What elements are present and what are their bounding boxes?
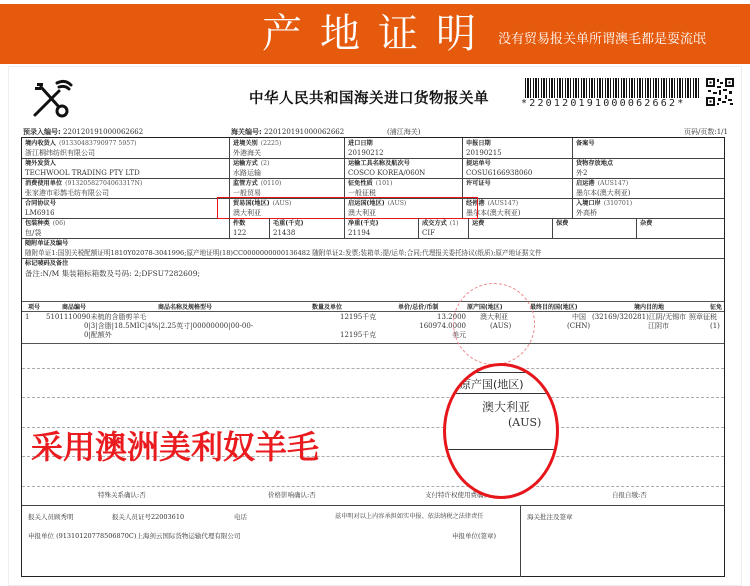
quantity-2: 12195千克 [340, 330, 376, 340]
consumer-cell: 消费使用单位(91320582704063317N)张家港市彩鹊毛纺有限公司 [22, 178, 229, 198]
remarks-label: 标记唛码及备注 [25, 259, 721, 268]
magnifier-circle: 原产国(地区) 澳大利亚 (AUS) [443, 363, 559, 499]
dest-country-code: (CHN) [567, 321, 590, 331]
form-row: 境外发货人TECHWOOL TRADING PTY LTD 运输方式(2)水路运… [22, 158, 724, 179]
col-header: 商品编号 [62, 302, 86, 311]
transport-mode-cell: 运输方式(2)水路运输 [229, 158, 344, 178]
remarks-row: 标记唛码及备注备注:N/M 集装箱标箱数及号码: 2;DFSU7282609; [22, 258, 724, 302]
footer-row: 报关人员顾秀明 报关人员证号22003610 电话 兹申明对以上内容承担如实申报… [22, 505, 724, 577]
barcode [525, 78, 701, 98]
goods-spec-2: 0|配额外 [84, 330, 112, 340]
freight-cell: 运费 [468, 218, 552, 238]
col-header: 征免 [710, 302, 722, 311]
customs-emblem-icon [29, 77, 77, 119]
statement: 兹申明对以上内容承担如实申报、依法纳税之法律责任 [335, 512, 484, 522]
entry-port-cell: 进境关别(2225)外港海关 [229, 138, 344, 158]
import-date-cell: 进口日期20190212 [344, 138, 462, 158]
banner-title: 产地证明 [262, 8, 494, 60]
attachments-value: 随附单证1:国别关税配额证明1810Y02078-3041996;原产地证明(1… [25, 248, 721, 258]
supervision-cell: 监管方式(0110)一般贸易 [229, 178, 344, 198]
col-header: 最终目的国(地区) [530, 302, 578, 311]
levy-code: (1) [710, 321, 720, 331]
divider [22, 368, 724, 369]
customs-note-cell: 海关批注及签章 [520, 505, 724, 577]
entry-gate-cell: 入境口岸(310701)外高桥 [572, 198, 724, 218]
customs-note: 海关批注及签章 [527, 512, 573, 522]
bill-no-cell: 提运单号COSU6166938060 [462, 158, 572, 178]
insurance-cell: 保费 [552, 218, 636, 238]
misc-cell: 杂费 [636, 218, 724, 238]
qr-code-icon [706, 78, 734, 106]
highlight-dashed-circle [453, 283, 535, 365]
price-impact: 价格影响确认:否 [268, 490, 316, 500]
highlight-box-countries [217, 197, 478, 219]
col-header: 项号 [28, 302, 40, 311]
form-row: 消费使用单位(91320582704063317N)张家港市彩鹊毛纺有限公司 监… [22, 178, 724, 199]
declare-seal: 申报单位(签章) [452, 531, 496, 541]
form-row: 境内收货人(91330483790977 5957)浙江桐纬纺织有限公司 进境关… [22, 138, 724, 159]
self-declare: 自报自缴:否 [612, 490, 647, 500]
customs-declaration-document: 中华人民共和国海关进口货物报关单 *220120191000062662* 预录… [8, 66, 742, 586]
phone-label: 电话 [234, 512, 247, 522]
customs-office: (浦江海关) [387, 127, 420, 137]
document-title: 中华人民共和国海关进口货物报关单 [249, 87, 489, 108]
pre-entry-number: 预录入编号: 220120191000062662 [23, 127, 143, 137]
col-header: 数量及单位 [312, 302, 342, 311]
magnifier-label: 原产国(地区) [460, 376, 524, 392]
consignee-cell: 境内收货人(91330483790977 5957)浙江桐纬纺织有限公司 [22, 138, 229, 158]
customs-number: 海关编号: 220120191000062662 [231, 127, 344, 137]
pieces-cell: 件数122 [229, 218, 269, 238]
dest-domestic-2: 江阴市 [648, 321, 669, 331]
license-cell: 许可证号 [462, 178, 572, 198]
storage-cell: 货物存放地点外2 [572, 158, 724, 178]
col-header: 境内目的地 [634, 302, 664, 311]
quantity: 12195千克 [340, 312, 376, 322]
declarant: 报关人员顾秀明 [28, 512, 74, 522]
transit-port-cell: 经停港(AUS147)墨尔本(澳大利亚) [462, 198, 572, 218]
form-row: 包装种类(06)包/袋 件数122 毛重(千克)21438 净重(千克)2119… [22, 218, 724, 239]
col-header: 商品名称及规格型号 [158, 302, 212, 311]
net-weight-cell: 净重(千克)21194 [344, 218, 418, 238]
divider [22, 397, 724, 398]
magnifier-value: 澳大利亚 [482, 398, 530, 415]
deal-mode-cell: 成交方式(1)CIF [418, 218, 468, 238]
declare-unit: 申报单位 (91310120778506870C)上海剑云国际货物运输代理有限公… [28, 531, 240, 541]
contract-cell: 合同协议号LM6916 [22, 198, 229, 218]
magnifier-code: (AUS) [508, 416, 541, 429]
col-header: 单价/总价/币制 [398, 302, 438, 311]
levy-cell: 征免性质(101)一般征税 [344, 178, 462, 198]
attachments-label: 随附单证及编号 [25, 239, 721, 248]
gross-weight-cell: 毛重(千克)21438 [269, 218, 344, 238]
confirmations-row: 特殊关系确认:否 价格影响确认:否 支付特许权使用费确认:否 自报自缴:否 [22, 486, 724, 506]
declarant-cert: 报关人员证号22003610 [112, 512, 184, 522]
vessel-cell: 运输工具名称及航次号COSCO KOREA/060N [344, 158, 462, 178]
item-no: 1 [25, 312, 29, 322]
dest-domestic: (32169/320281)江阴/无锡市 [592, 312, 686, 322]
departure-port-cell: 启运港(AUS147)墨尔本(澳大利亚) [572, 178, 724, 198]
remarks-value: 备注:N/M 集装箱标箱数及号码: 2;DFSU7282609; [25, 268, 721, 279]
table-row: 1 5101110090未梳的含脂剪羊毛 0|3|含脂|18.5MIC|4%|2… [22, 312, 724, 344]
barcode-number: *220120191000062662* [521, 98, 685, 109]
goods-table-header: 项号 商品编号 商品名称及规格型号 数量及单位 单价/总价/币制 原产国(地区)… [22, 301, 724, 312]
attachments-row: 随附单证及编号随附单证1:国别关税配额证明1810Y02078-3041996;… [22, 238, 724, 259]
declare-date-cell: 申报日期20190215 [462, 138, 572, 158]
page-count: 页码/页数:1/1 [684, 127, 728, 137]
shipper-cell: 境外发货人TECHWOOL TRADING PTY LTD [22, 158, 229, 178]
banner-subtitle: 没有贸易报关单所谓澳毛都是耍流氓 [498, 30, 706, 50]
banner: 产地证明 没有贸易报关单所谓澳毛都是耍流氓 [0, 4, 750, 64]
special-relation: 特殊关系确认:否 [98, 490, 146, 500]
package-cell: 包装种类(06)包/袋 [22, 218, 229, 238]
slogan: 采用澳洲美利奴羊毛 [31, 422, 319, 468]
declaration-form: 境内收货人(91330483790977 5957)浙江桐纬纺织有限公司 进境关… [21, 137, 725, 577]
record-no-cell: 备案号 [572, 138, 724, 158]
